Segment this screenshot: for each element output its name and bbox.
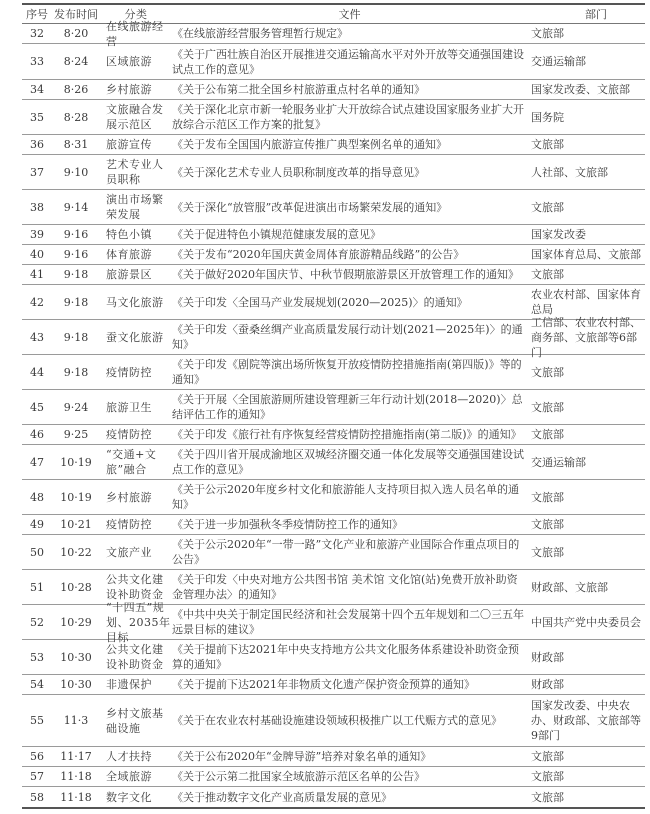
table-row: 419·18旅游景区《关于做好2020年国庆节、中秋节假期旅游景区开放管理工作的… xyxy=(22,265,645,285)
cell-document: 《关于公布第二批全国乡村旅游重点村名单的通知》 xyxy=(172,82,527,97)
table-row: 4710·19“交通+文旅”融合《关于四川省开展成渝地区双城经济圈交通一体化发展… xyxy=(22,445,645,480)
cell-date: 9·10 xyxy=(52,165,100,180)
cell-no: 55 xyxy=(22,713,52,728)
table-row: 5210·29“十四五”规划、2035年目标《中共中央关于制定国民经济和社会发展… xyxy=(22,605,645,640)
cell-no: 46 xyxy=(22,427,52,442)
cell-no: 40 xyxy=(22,247,52,262)
cell-department: 文旅部 xyxy=(527,790,645,805)
cell-date: 10·29 xyxy=(52,615,100,630)
cell-category: 特色小镇 xyxy=(100,227,172,242)
cell-date: 9·18 xyxy=(52,365,100,380)
cell-document: 《关于推动数字文化产业高质量发展的意见》 xyxy=(172,790,527,805)
cell-department: 文旅部 xyxy=(527,400,645,415)
table-row: 469·25疫情防控《关于印发《旅行社有序恢复经营疫情防控措施指南(第二版)》的… xyxy=(22,425,645,445)
cell-date: 10·28 xyxy=(52,580,100,595)
cell-category: 非遗保护 xyxy=(100,677,172,692)
cell-date: 9·16 xyxy=(52,227,100,242)
cell-no: 50 xyxy=(22,545,52,560)
cell-date: 8·24 xyxy=(52,54,100,69)
table-row: 338·24区域旅游《关于广西壮族自治区开展推进交通运输高水平对外开放等交通强国… xyxy=(22,44,645,80)
cell-date: 10·19 xyxy=(52,455,100,470)
cell-category: 蚕文化旅游 xyxy=(100,330,172,345)
cell-department: 交通运输部 xyxy=(527,54,645,69)
cell-category: 文旅融合发展示范区 xyxy=(100,102,172,132)
header-department: 部门 xyxy=(527,7,645,22)
cell-document: 《关于发布全国国内旅游宣传推广典型案例名单的通知》 xyxy=(172,137,527,152)
cell-document: 《关于广西壮族自治区开展推进交通运输高水平对外开放等交通强国建设试点工作的意见》 xyxy=(172,47,527,77)
table-row: 5811·18数字文化《关于推动数字文化产业高质量发展的意见》文旅部 xyxy=(22,787,645,807)
cell-department: 文旅部 xyxy=(527,769,645,784)
cell-date: 8·28 xyxy=(52,110,100,125)
cell-no: 54 xyxy=(22,677,52,692)
policy-table: 序号 发布时间 分类 文件 部门 328·20在线旅游经营《在线旅游经营服务管理… xyxy=(22,3,645,809)
cell-document: 《关于做好2020年国庆节、中秋节假期旅游景区开放管理工作的通知》 xyxy=(172,267,527,282)
cell-no: 38 xyxy=(22,200,52,215)
cell-date: 9·16 xyxy=(52,247,100,262)
cell-category: 乡村旅游 xyxy=(100,490,172,505)
cell-category: 公共文化建设补助资金 xyxy=(100,572,172,602)
cell-document: 《关于印发〈中央对地方公共图书馆 美术馆 文化馆(站)免费开放补助资金管理办法〉… xyxy=(172,572,527,602)
cell-category: 马文化旅游 xyxy=(100,295,172,310)
cell-category: 人才扶持 xyxy=(100,749,172,764)
cell-document: 《关于开展〈全国旅游厕所建设管理新三年行动计划(2018—2020)〉总结评估工… xyxy=(172,392,527,422)
cell-no: 48 xyxy=(22,490,52,505)
table-row: 5410·30非遗保护《关于提前下达2021年非物质文化遗产保护资金预算的通知》… xyxy=(22,675,645,695)
cell-document: 《关于公示第二批国家全域旅游示范区名单的公告》 xyxy=(172,769,527,784)
cell-document: 《关于公示2020年度乡村文化和旅游能人支持项目拟入选人员名单的通知》 xyxy=(172,482,527,512)
table-row: 5010·22文旅产业《关于公示2020年“一带一路”文化产业和旅游产业国际合作… xyxy=(22,535,645,570)
cell-department: 文旅部 xyxy=(527,545,645,560)
cell-document: 《关于发布“2020年国庆黄金周体育旅游精品线路”的公告》 xyxy=(172,247,527,262)
table-row: 5711·18全域旅游《关于公示第二批国家全域旅游示范区名单的公告》文旅部 xyxy=(22,767,645,787)
cell-category: 演出市场繁荣发展 xyxy=(100,192,172,222)
cell-document: 《关于深化“放管服”改革促进演出市场繁荣发展的通知》 xyxy=(172,200,527,215)
cell-department: 国家发改委、文旅部 xyxy=(527,82,645,97)
cell-no: 37 xyxy=(22,165,52,180)
cell-department: 文旅部 xyxy=(527,26,645,41)
cell-department: 国务院 xyxy=(527,110,645,125)
cell-no: 43 xyxy=(22,330,52,345)
cell-category: 旅游景区 xyxy=(100,267,172,282)
cell-department: 财政部、文旅部 xyxy=(527,580,645,595)
cell-date: 11·18 xyxy=(52,790,100,805)
cell-department: 文旅部 xyxy=(527,267,645,282)
cell-category: “十四五”规划、2035年目标 xyxy=(100,600,172,645)
cell-document: 《关于印发《剧院等演出场所恢复开放疫情防控措施指南(第四版)》等的通知》 xyxy=(172,357,527,387)
cell-document: 《关于四川省开展成渝地区双城经济圈交通一体化发展等交通强国建设试点工作的意见》 xyxy=(172,447,527,477)
cell-document: 《关于印发〈全国马产业发展规划(2020—2025)〉的通知》 xyxy=(172,295,527,310)
table-row: 4810·19乡村旅游《关于公示2020年度乡村文化和旅游能人支持项目拟入选人员… xyxy=(22,480,645,515)
cell-no: 32 xyxy=(22,26,52,41)
cell-date: 10·22 xyxy=(52,545,100,560)
cell-date: 8·31 xyxy=(52,137,100,152)
cell-date: 8·20 xyxy=(52,26,100,41)
cell-date: 11·18 xyxy=(52,769,100,784)
cell-no: 34 xyxy=(22,82,52,97)
cell-department: 人社部、文旅部 xyxy=(527,165,645,180)
cell-category: 乡村旅游 xyxy=(100,82,172,97)
cell-no: 52 xyxy=(22,615,52,630)
cell-category: 疫情防控 xyxy=(100,365,172,380)
cell-document: 《关于公示2020年“一带一路”文化产业和旅游产业国际合作重点项目的公告》 xyxy=(172,537,527,567)
cell-department: 交通运输部 xyxy=(527,455,645,470)
header-date: 发布时间 xyxy=(52,7,100,22)
cell-department: 文旅部 xyxy=(527,749,645,764)
table-row: 439·18蚕文化旅游《关于印发〈蚕桑丝绸产业高质量发展行动计划(2021—20… xyxy=(22,320,645,355)
cell-category: 公共文化建设补助资金 xyxy=(100,642,172,672)
cell-no: 49 xyxy=(22,517,52,532)
cell-department: 农业农村部、国家体育总局 xyxy=(527,287,645,317)
table-row: 348·26乡村旅游《关于公布第二批全国乡村旅游重点村名单的通知》国家发改委、文… xyxy=(22,80,645,100)
cell-document: 《关于公布2020年“金牌导游”培养对象名单的通知》 xyxy=(172,749,527,764)
cell-no: 56 xyxy=(22,749,52,764)
cell-document: 《关于在农业农村基础设施建设领域积极推广以工代赈方式的意见》 xyxy=(172,713,527,728)
table-row: 459·24旅游卫生《关于开展〈全国旅游厕所建设管理新三年行动计划(2018—2… xyxy=(22,390,645,425)
header-no: 序号 xyxy=(22,7,52,22)
cell-document: 《关于进一步加强秋冬季疫情防控工作的通知》 xyxy=(172,517,527,532)
cell-document: 《在线旅游经营服务管理暂行规定》 xyxy=(172,26,527,41)
cell-document: 《关于深化北京市新一轮服务业扩大开放综合试点建设国家服务业扩大开放综合示范区工作… xyxy=(172,102,527,132)
cell-no: 47 xyxy=(22,455,52,470)
cell-category: “交通+文旅”融合 xyxy=(100,447,172,477)
cell-department: 文旅部 xyxy=(527,365,645,380)
cell-category: 在线旅游经营 xyxy=(100,19,172,49)
cell-document: 《关于提前下达2021年非物质文化遗产保护资金预算的通知》 xyxy=(172,677,527,692)
cell-department: 文旅部 xyxy=(527,517,645,532)
cell-department: 文旅部 xyxy=(527,427,645,442)
cell-no: 57 xyxy=(22,769,52,784)
cell-no: 58 xyxy=(22,790,52,805)
cell-document: 《关于深化艺术专业人员职称制度改革的指导意见》 xyxy=(172,165,527,180)
table-row: 5611·17人才扶持《关于公布2020年“金牌导游”培养对象名单的通知》文旅部 xyxy=(22,747,645,767)
cell-department: 国家体育总局、文旅部 xyxy=(527,247,645,262)
cell-document: 《中共中央关于制定国民经济和社会发展第十四个五年规划和二〇三五年远景目标的建议》 xyxy=(172,607,527,637)
cell-category: 文旅产业 xyxy=(100,545,172,560)
cell-category: 疫情防控 xyxy=(100,517,172,532)
cell-department: 国家发改委、中央农办、财政部、文旅部等9部门 xyxy=(527,698,645,743)
cell-department: 文旅部 xyxy=(527,200,645,215)
table-row: 4910·21疫情防控《关于进一步加强秋冬季疫情防控工作的通知》文旅部 xyxy=(22,515,645,535)
cell-document: 《关于印发〈蚕桑丝绸产业高质量发展行动计划(2021—2025年)〉的通知》 xyxy=(172,322,527,352)
cell-no: 36 xyxy=(22,137,52,152)
cell-no: 42 xyxy=(22,295,52,310)
cell-category: 乡村文旅基础设施 xyxy=(100,706,172,736)
cell-date: 9·25 xyxy=(52,427,100,442)
cell-no: 53 xyxy=(22,650,52,665)
cell-date: 9·18 xyxy=(52,295,100,310)
table-row: 379·10艺术专业人员职称《关于深化艺术专业人员职称制度改革的指导意见》人社部… xyxy=(22,155,645,190)
cell-date: 11·3 xyxy=(52,713,100,728)
cell-category: 旅游宣传 xyxy=(100,137,172,152)
cell-date: 8·26 xyxy=(52,82,100,97)
cell-category: 体育旅游 xyxy=(100,247,172,262)
cell-category: 区域旅游 xyxy=(100,54,172,69)
cell-date: 10·30 xyxy=(52,677,100,692)
cell-department: 文旅部 xyxy=(527,137,645,152)
cell-no: 33 xyxy=(22,54,52,69)
cell-date: 9·18 xyxy=(52,267,100,282)
cell-category: 疫情防控 xyxy=(100,427,172,442)
cell-department: 中国共产党中央委员会 xyxy=(527,615,645,630)
cell-document: 《关于促进特色小镇规范健康发展的意见》 xyxy=(172,227,527,242)
table-row: 358·28文旅融合发展示范区《关于深化北京市新一轮服务业扩大开放综合试点建设国… xyxy=(22,100,645,135)
cell-no: 39 xyxy=(22,227,52,242)
cell-department: 文旅部 xyxy=(527,490,645,505)
table-row: 409·16体育旅游《关于发布“2020年国庆黄金周体育旅游精品线路”的公告》国… xyxy=(22,245,645,265)
cell-document: 《关于提前下达2021年中央支持地方公共文化服务体系建设补助资金预算的通知》 xyxy=(172,642,527,672)
table-row: 449·18疫情防控《关于印发《剧院等演出场所恢复开放疫情防控措施指南(第四版)… xyxy=(22,355,645,390)
table-row: 368·31旅游宣传《关于发布全国国内旅游宣传推广典型案例名单的通知》文旅部 xyxy=(22,135,645,155)
cell-date: 9·14 xyxy=(52,200,100,215)
cell-category: 数字文化 xyxy=(100,790,172,805)
cell-no: 41 xyxy=(22,267,52,282)
cell-no: 44 xyxy=(22,365,52,380)
table-row: 5310·30公共文化建设补助资金《关于提前下达2021年中央支持地方公共文化服… xyxy=(22,640,645,675)
cell-date: 10·19 xyxy=(52,490,100,505)
table-row: 389·14演出市场繁荣发展《关于深化“放管服”改革促进演出市场繁荣发展的通知》… xyxy=(22,190,645,225)
cell-no: 45 xyxy=(22,400,52,415)
cell-document: 《关于印发《旅行社有序恢复经营疫情防控措施指南(第二版)》的通知》 xyxy=(172,427,527,442)
table-row: 5511·3乡村文旅基础设施《关于在农业农村基础设施建设领域积极推广以工代赈方式… xyxy=(22,695,645,747)
table-body: 328·20在线旅游经营《在线旅游经营服务管理暂行规定》文旅部338·24区域旅… xyxy=(22,24,645,807)
cell-no: 35 xyxy=(22,110,52,125)
cell-department: 财政部 xyxy=(527,677,645,692)
table-row: 399·16特色小镇《关于促进特色小镇规范健康发展的意见》国家发改委 xyxy=(22,225,645,245)
cell-date: 10·30 xyxy=(52,650,100,665)
cell-date: 9·24 xyxy=(52,400,100,415)
header-document: 文件 xyxy=(172,7,527,22)
cell-category: 全域旅游 xyxy=(100,769,172,784)
cell-date: 11·17 xyxy=(52,749,100,764)
cell-category: 旅游卫生 xyxy=(100,400,172,415)
cell-department: 国家发改委 xyxy=(527,227,645,242)
cell-date: 9·18 xyxy=(52,330,100,345)
cell-no: 51 xyxy=(22,580,52,595)
cell-category: 艺术专业人员职称 xyxy=(100,157,172,187)
cell-department: 财政部 xyxy=(527,650,645,665)
cell-department: 工信部、农业农村部、商务部、文旅部等6部门 xyxy=(527,315,645,360)
cell-date: 10·21 xyxy=(52,517,100,532)
table-row: 328·20在线旅游经营《在线旅游经营服务管理暂行规定》文旅部 xyxy=(22,24,645,44)
